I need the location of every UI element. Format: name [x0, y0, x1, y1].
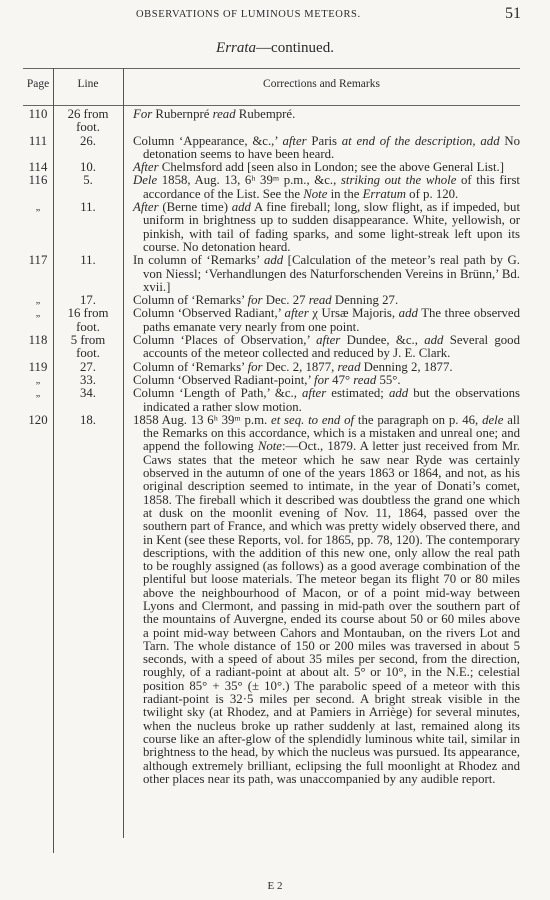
cell-page: 120: [23, 414, 53, 786]
cell-page: „: [23, 387, 53, 414]
cell-line: 26.: [53, 135, 123, 162]
cell-page: „: [23, 374, 53, 387]
table-top-rule: [23, 68, 520, 69]
cell-line: 5.: [53, 174, 123, 201]
cell-correction: For Rubernpré read Rubempré.: [123, 108, 520, 135]
cell-page: 118: [23, 334, 53, 361]
table-body: 11026 fromfoot.For Rubernpré read Rubemp…: [23, 108, 520, 786]
cell-correction: After (Berne time) add A fine fireball; …: [123, 201, 520, 254]
cell-correction: Dele 1858, Aug. 13, 6ʰ 39ᵐ p.m., &c., st…: [123, 174, 520, 201]
cell-line: 18.: [53, 414, 123, 786]
table-row: 1165.Dele 1858, Aug. 13, 6ʰ 39ᵐ p.m., &c…: [23, 174, 520, 201]
table-row: „16 fromfoot.Column ‘Observed Radiant,’ …: [23, 307, 520, 334]
cell-line: 16 fromfoot.: [53, 307, 123, 334]
cell-line: 33.: [53, 374, 123, 387]
table-row: 11126.Column ‘Appearance, &c.,’ after Pa…: [23, 135, 520, 162]
table-row: „33.Column ‘Observed Radiant-point,’ for…: [23, 374, 520, 387]
header-corrections: Corrections and Remarks: [123, 78, 520, 90]
cell-line: 11.: [53, 254, 123, 294]
cell-line: 27.: [53, 361, 123, 374]
cell-page: „: [23, 307, 53, 334]
signature-mark: E 2: [0, 880, 550, 892]
table-row: 1185 fromfoot.Column ‘Places of Observat…: [23, 334, 520, 361]
cell-page: „: [23, 201, 53, 254]
cell-page: 111: [23, 135, 53, 162]
cell-correction: Column ‘Places of Observation,’ after Du…: [123, 334, 520, 361]
cell-correction: Column ‘Appearance, &c.,’ after Paris at…: [123, 135, 520, 162]
table-row: 11410.After Chelmsford add [seen also in…: [23, 161, 520, 174]
cell-page: 119: [23, 361, 53, 374]
subtitle-rest: —continued.: [256, 40, 334, 56]
cell-correction: Column ‘Length of Path,’ &c., after esti…: [123, 387, 520, 414]
cell-correction: Column of ‘Remarks’ for Dec. 27 read Den…: [123, 294, 520, 307]
cell-page: 114: [23, 161, 53, 174]
cell-correction: In column of ‘Remarks’ add [Calculation …: [123, 254, 520, 294]
cell-line: 11.: [53, 201, 123, 254]
page-number: 51: [505, 5, 521, 23]
running-head: OBSERVATIONS OF LUMINOUS METEORS. 51: [0, 5, 550, 25]
errata-table: Page Line Corrections and Remarks 11026 …: [23, 68, 520, 848]
cell-page: „: [23, 294, 53, 307]
table-row: 11026 fromfoot.For Rubernpré read Rubemp…: [23, 108, 520, 135]
cell-line: 10.: [53, 161, 123, 174]
table-row: „11.After (Berne time) add A fine fireba…: [23, 201, 520, 254]
cell-line: 17.: [53, 294, 123, 307]
subtitle-italic: Errata: [216, 40, 256, 56]
cell-correction: Column of ‘Remarks’ for Dec. 2, 1877, re…: [123, 361, 520, 374]
cell-line: 34.: [53, 387, 123, 414]
table-row: 11711.In column of ‘Remarks’ add [Calcul…: [23, 254, 520, 294]
table-row: „34.Column ‘Length of Path,’ &c., after …: [23, 387, 520, 414]
cell-page: 110: [23, 108, 53, 135]
cell-correction: Column ‘Observed Radiant,’ after χ Ursæ …: [123, 307, 520, 334]
table-header-rule: [23, 105, 520, 106]
table-row: „17.Column of ‘Remarks’ for Dec. 27 read…: [23, 294, 520, 307]
table-row: 12018.1858 Aug. 13 6ʰ 39ᵐ p.m. et seq. t…: [23, 414, 520, 786]
cell-correction: Column ‘Observed Radiant-point,’ for 47°…: [123, 374, 520, 387]
cell-line: 5 fromfoot.: [53, 334, 123, 361]
cell-page: 116: [23, 174, 53, 201]
section-subtitle: Errata—continued.: [0, 40, 550, 57]
cell-correction: After Chelmsford add [seen also in Londo…: [123, 161, 520, 174]
cell-line: 26 fromfoot.: [53, 108, 123, 135]
cell-page: 117: [23, 254, 53, 294]
header-page: Page: [23, 78, 53, 90]
header-line: Line: [53, 78, 123, 90]
running-title: OBSERVATIONS OF LUMINOUS METEORS.: [136, 9, 361, 20]
table-row: 11927.Column of ‘Remarks’ for Dec. 2, 18…: [23, 361, 520, 374]
cell-correction: 1858 Aug. 13 6ʰ 39ᵐ p.m. et seq. to end …: [123, 414, 520, 786]
